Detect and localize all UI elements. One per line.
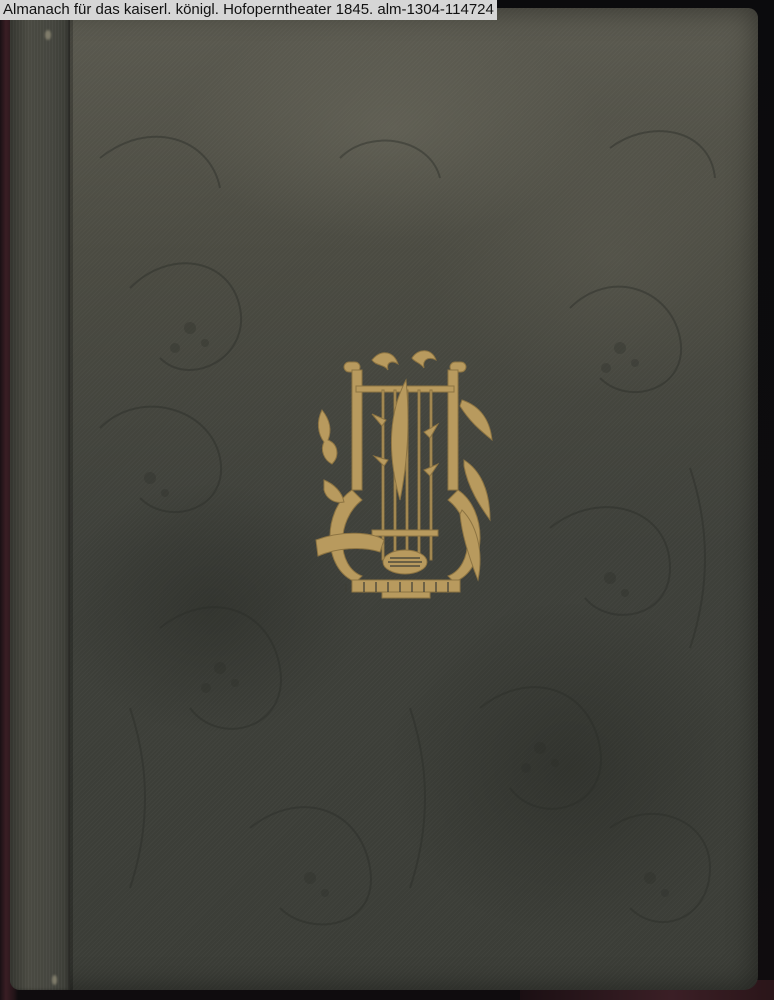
cloth-wear-spot — [52, 975, 57, 985]
gilt-lyre-emblem — [312, 340, 502, 610]
book-spine-edge — [10, 8, 70, 990]
cloth-wear-spot — [45, 30, 51, 40]
image-caption: Almanach für das kaiserl. königl. Hofope… — [0, 0, 497, 20]
spine-hinge-line — [70, 8, 73, 990]
